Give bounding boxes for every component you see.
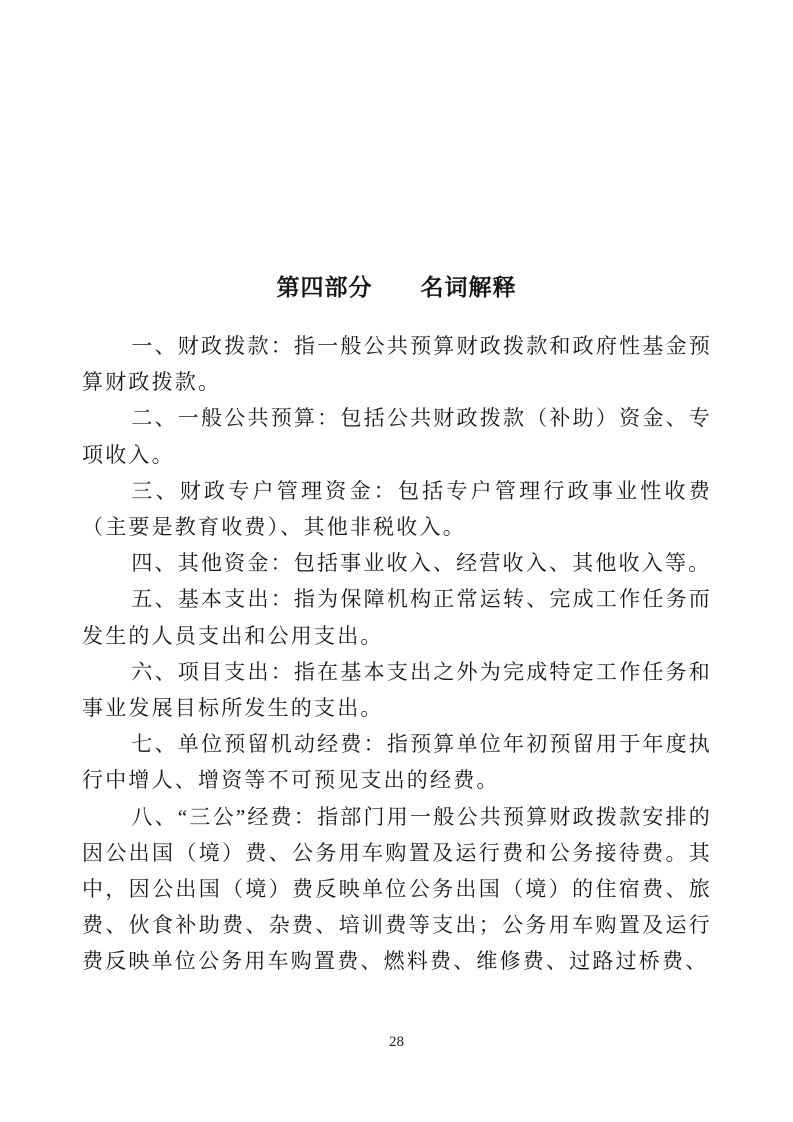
page-title: 第四部分 名词解释 [0,272,793,302]
paragraph: 三、财政专户管理资金：包括专户管理行政事业性收费（主要是教育收费）、其他非税收入… [82,473,712,545]
document-page: 第四部分 名词解释 一、财政拨款：指一般公共预算财政拨款和政府性基金预算财政拨款… [0,0,793,1122]
paragraph: 八、“三公”经费：指部门用一般公共预算财政拨款安排的因公出国（境）费、公务用车购… [82,799,712,980]
document-body: 一、财政拨款：指一般公共预算财政拨款和政府性基金预算财政拨款。二、一般公共预算：… [82,328,712,980]
paragraph: 一、财政拨款：指一般公共预算财政拨款和政府性基金预算财政拨款。 [82,328,712,400]
paragraph: 二、一般公共预算：包括公共财政拨款（补助）资金、专项收入。 [82,400,712,472]
page-number: 28 [0,1034,793,1051]
paragraph: 五、基本支出：指为保障机构正常运转、完成工作任务而发生的人员支出和公用支出。 [82,581,712,653]
paragraph: 四、其他资金：包括事业收入、经营收入、其他收入等。 [82,545,712,581]
paragraph: 六、项目支出：指在基本支出之外为完成特定工作任务和事业发展目标所发生的支出。 [82,654,712,726]
paragraph: 七、单位预留机动经费：指预算单位年初预留用于年度执行中增人、增资等不可预见支出的… [82,726,712,798]
